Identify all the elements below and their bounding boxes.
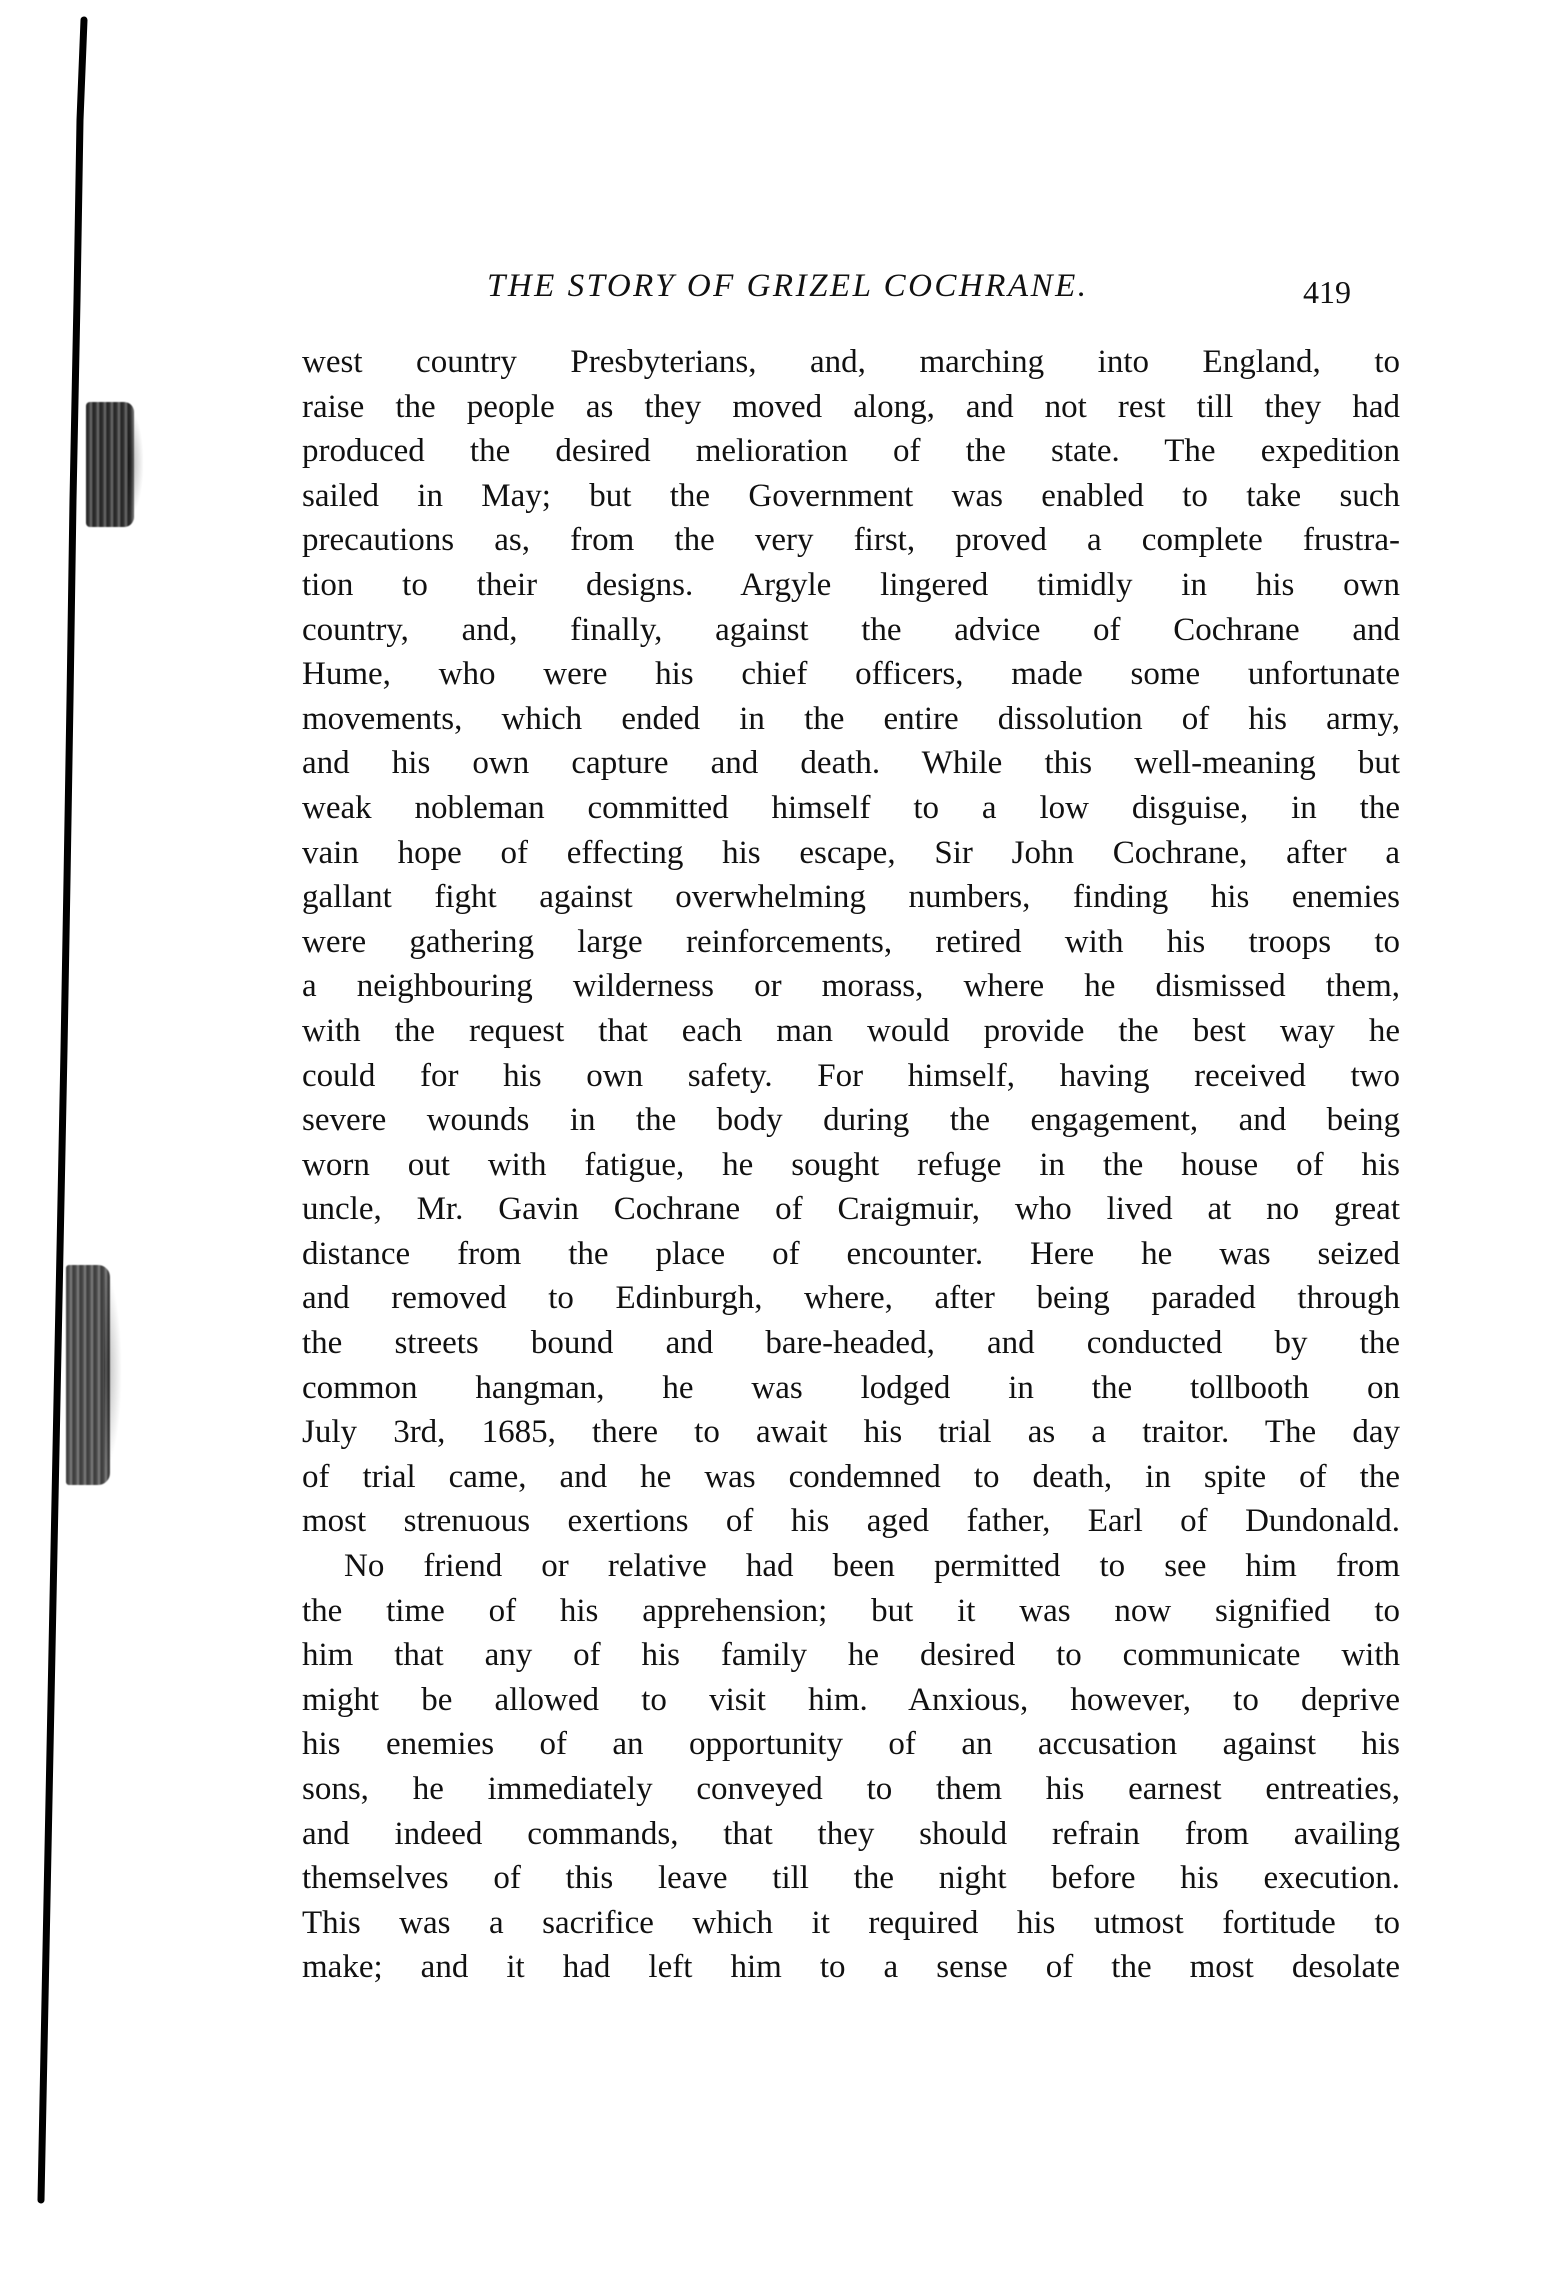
text-line: him that any of his family he desired to… xyxy=(302,1633,1400,1678)
text-line: sailed in May; but the Government was en… xyxy=(302,474,1400,519)
text-line: his enemies of an opportunity of an accu… xyxy=(302,1722,1400,1767)
text-line: the streets bound and bare-headed, and c… xyxy=(302,1321,1400,1366)
text-line: tion to their designs. Argyle lingered t… xyxy=(302,563,1400,608)
page-number: 419 xyxy=(1303,274,1351,311)
text-line: produced the desired melioration of the … xyxy=(302,429,1400,474)
running-header: THE STORY OF GRIZEL COCHRANE. 419 xyxy=(300,268,1400,318)
text-line: with the request that each man would pro… xyxy=(302,1009,1400,1054)
text-line: raise the people as they moved along, an… xyxy=(302,385,1400,430)
text-line: sons, he immediately conveyed to them hi… xyxy=(302,1767,1400,1812)
text-line: west country Presbyterians, and, marchin… xyxy=(302,340,1400,385)
text-line: a neighbouring wilderness or morass, whe… xyxy=(302,964,1400,1009)
text-line: Hume, who were his chief officers, made … xyxy=(302,652,1400,697)
scan-smudge-upper xyxy=(86,402,134,527)
text-line: were gathering large reinforcements, ret… xyxy=(302,920,1400,965)
text-line: and his own capture and death. While thi… xyxy=(302,741,1400,786)
text-line: No friend or relative had been permitted… xyxy=(302,1544,1400,1589)
text-line: July 3rd, 1685, there to await his trial… xyxy=(302,1410,1400,1455)
scan-smudge-upper-fade xyxy=(128,408,144,518)
text-line: themselves of this leave till the night … xyxy=(302,1856,1400,1901)
text-line: and removed to Edinburgh, where, after b… xyxy=(302,1276,1400,1321)
text-line: could for his own safety. For himself, h… xyxy=(302,1054,1400,1099)
text-line: the time of his apprehension; but it was… xyxy=(302,1589,1400,1634)
body-text: west country Presbyterians, and, marchin… xyxy=(302,340,1400,1990)
binding-edge-line xyxy=(0,0,120,2275)
scan-smudge-lower-fade xyxy=(104,1270,122,1470)
text-line: worn out with fatigue, he sought refuge … xyxy=(302,1143,1400,1188)
text-line: weak nobleman committed himself to a low… xyxy=(302,786,1400,831)
text-line: movements, which ended in the entire dis… xyxy=(302,697,1400,742)
text-line: common hangman, he was lodged in the tol… xyxy=(302,1366,1400,1411)
text-line: vain hope of effecting his escape, Sir J… xyxy=(302,831,1400,876)
text-line: severe wounds in the body during the eng… xyxy=(302,1098,1400,1143)
text-line: precautions as, from the very first, pro… xyxy=(302,518,1400,563)
text-line: and indeed commands, that they should re… xyxy=(302,1812,1400,1857)
running-header-title: THE STORY OF GRIZEL COCHRANE. xyxy=(487,268,1089,305)
text-line: most strenuous exertions of his aged fat… xyxy=(302,1499,1400,1544)
text-line: This was a sacrifice which it required h… xyxy=(302,1901,1400,1946)
text-line: might be allowed to visit him. Anxious, … xyxy=(302,1678,1400,1723)
text-line: uncle, Mr. Gavin Cochrane of Craigmuir, … xyxy=(302,1187,1400,1232)
paragraph-2: No friend or relative had been permitted… xyxy=(302,1544,1400,1990)
text-line: of trial came, and he was condemned to d… xyxy=(302,1455,1400,1500)
paragraph-1: west country Presbyterians, and, marchin… xyxy=(302,340,1400,1544)
text-line: distance from the place of encounter. He… xyxy=(302,1232,1400,1277)
text-line: make; and it had left him to a sense of … xyxy=(302,1945,1400,1990)
text-line: country, and, finally, against the advic… xyxy=(302,608,1400,653)
text-line: gallant fight against overwhelming numbe… xyxy=(302,875,1400,920)
